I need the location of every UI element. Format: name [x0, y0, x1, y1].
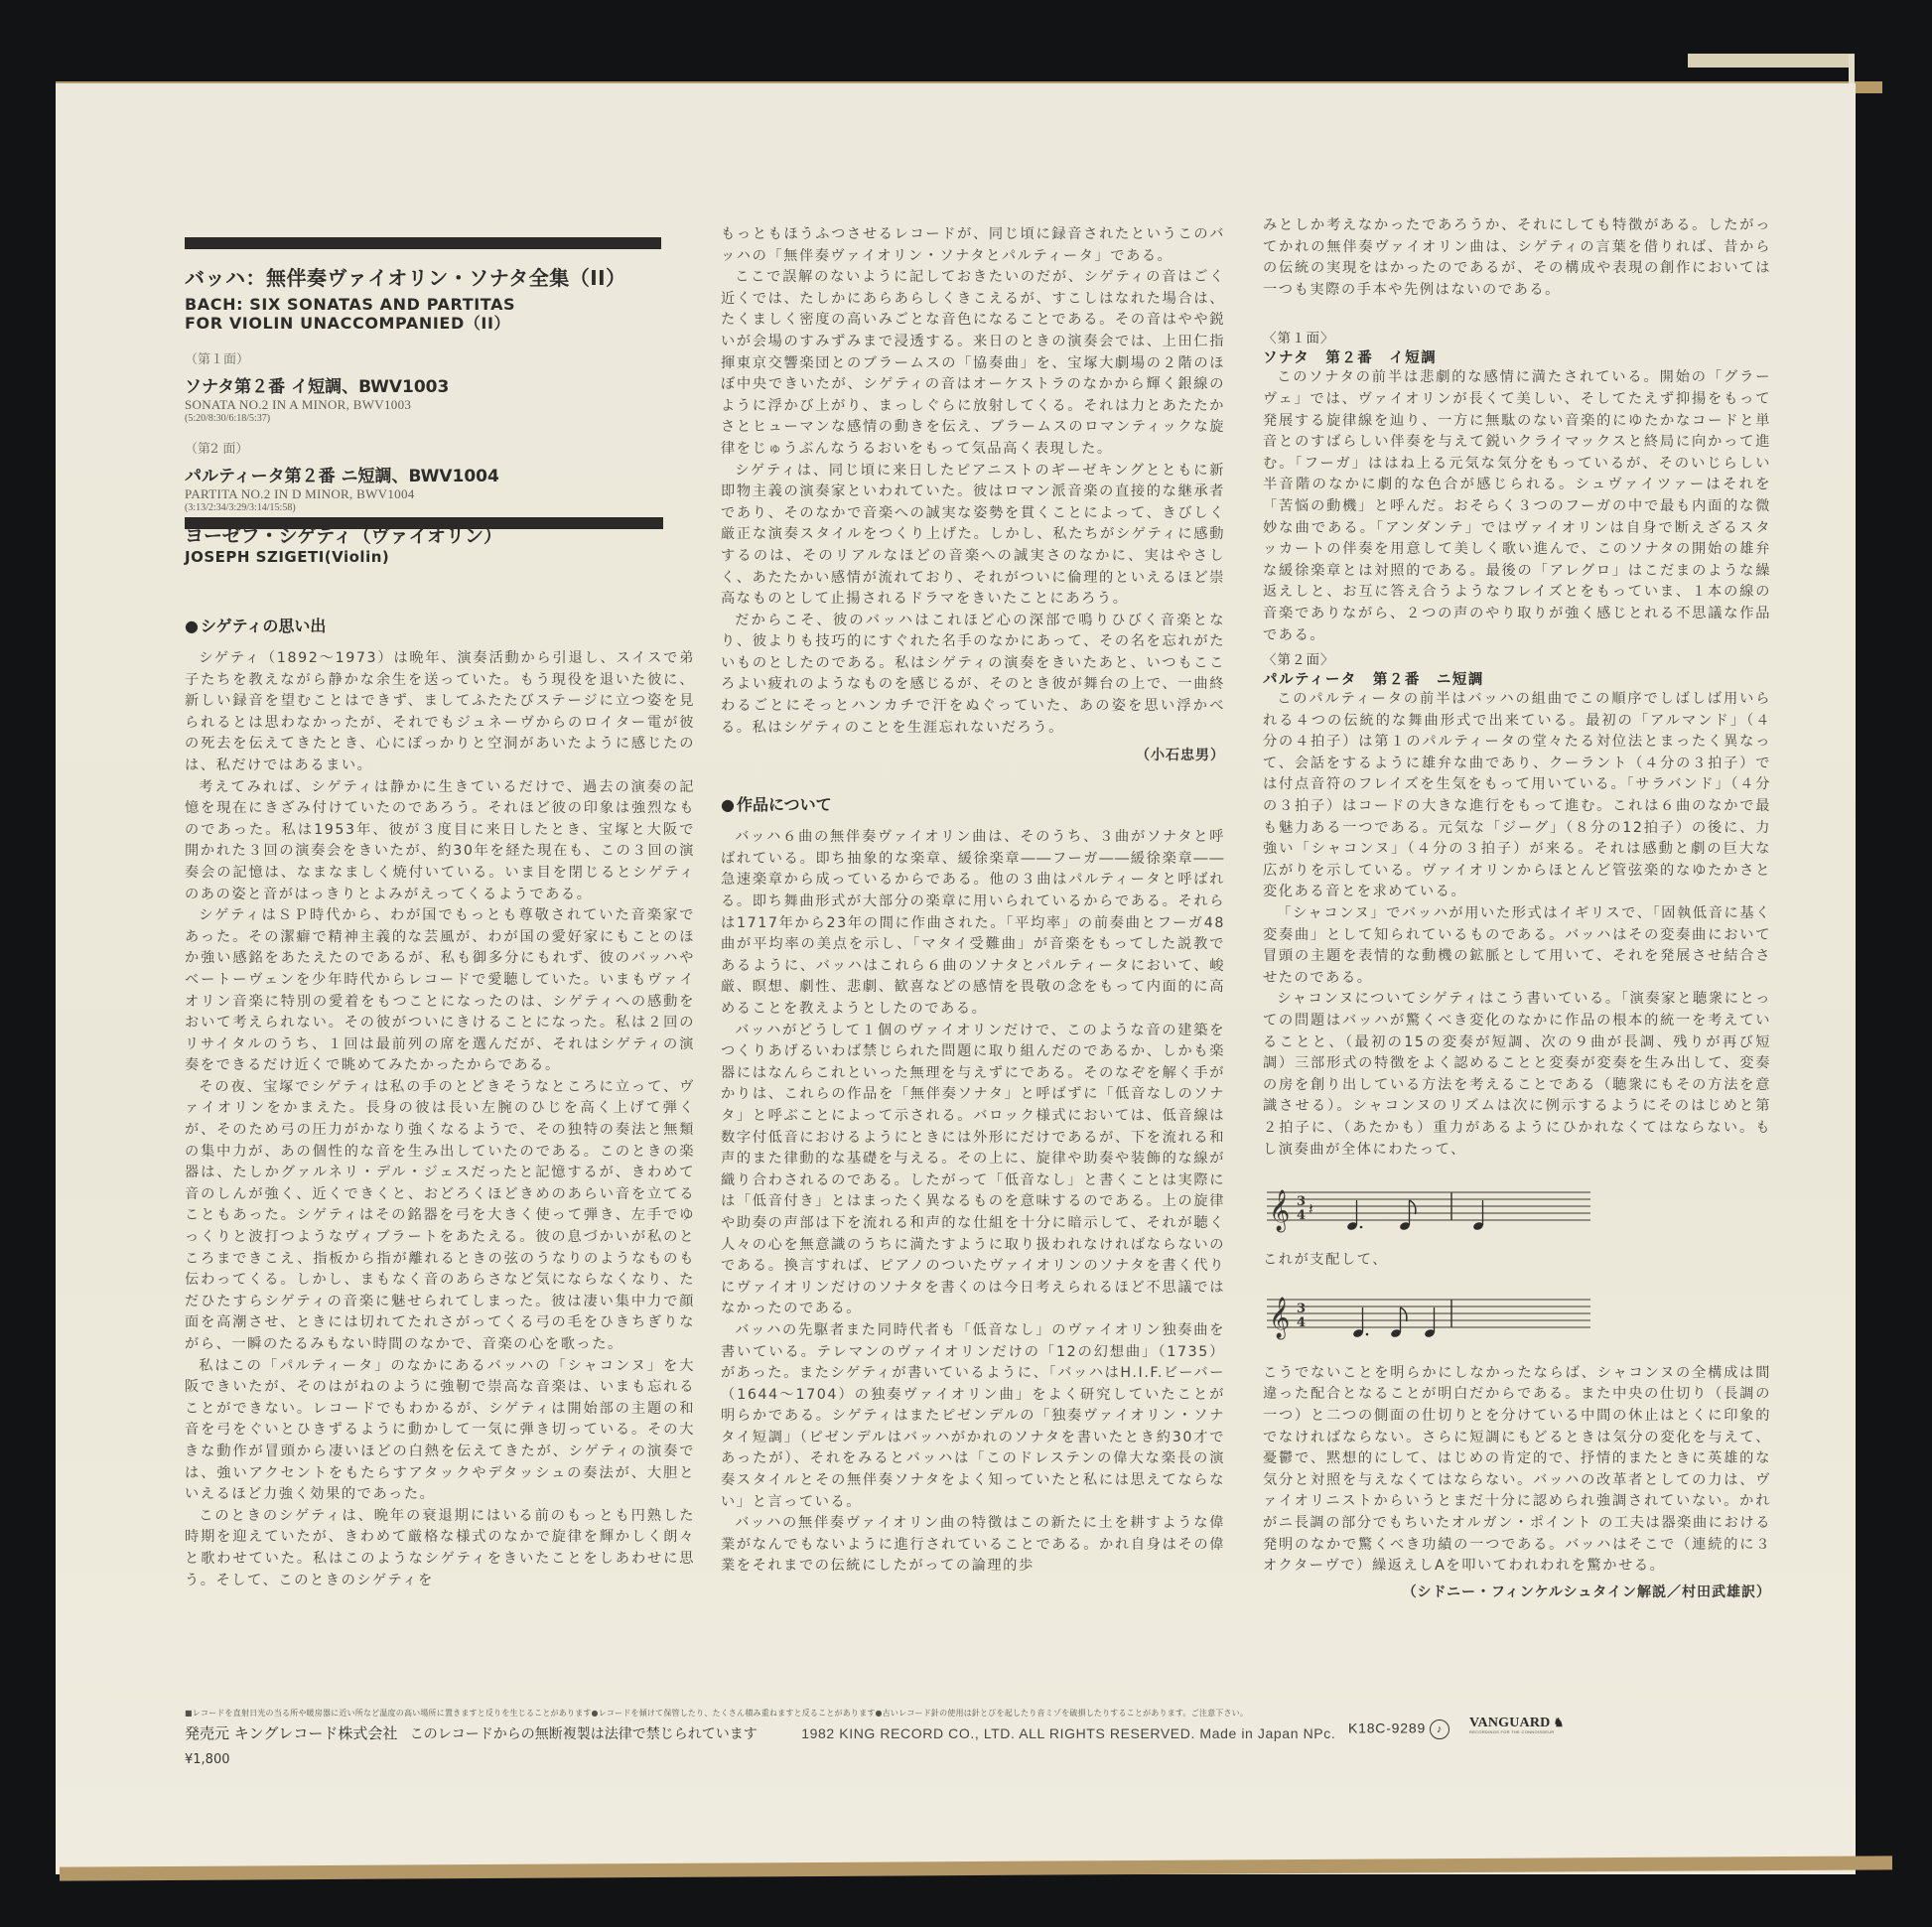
works-paragraph: みとしか考えなかったであろうか、それにしても特徴がある。したがってかれの無伴奏ヴ…: [1263, 215, 1771, 301]
notes-between-examples: これが支配して、: [1263, 1250, 1771, 1272]
memoir-paragraph: 私はこの「パルティータ」のなかにあるバッハの「シャコンヌ」を大阪できいたが、その…: [185, 1356, 695, 1506]
works-paragraph: バッハの無伴奏ヴァイオリン曲の特徴はこの新たに土を耕すような偉業がなんでもないよ…: [721, 1513, 1225, 1578]
catalog-number: K18C-9289: [1348, 1721, 1426, 1736]
memoir-heading: シゲティの思い出: [185, 614, 695, 636]
memoir-continued: もっともほうふつさせるレコードが、同じ頃に録音されたというこのバッハの「無伴奏ヴ…: [721, 224, 1225, 739]
notes-paragraph: こうでないことを明らかにしなかったならば、シャコンヌの全構成は間違った配合となる…: [1263, 1363, 1771, 1578]
side2-work-jp: パルティータ第２番 ニ短調、BWV1004: [185, 462, 695, 486]
works-body: バッハ６曲の無伴奏ヴァイオリン曲は、そのうち、３曲がソナタと呼ばれている。即ち抽…: [721, 827, 1225, 1578]
notes-paragraph: シャコンヌについてシゲティはこう書いている。「演奏家と聴衆にとっての問題はバッハ…: [1263, 989, 1771, 1161]
memoir-paragraph: だからこそ、彼のバッハはこれほど心の深部で鳴りひびく音楽となり、彼よりも技巧的に…: [721, 611, 1225, 740]
notes-paragraph: 「シャコンヌ」でバッハが用いた形式はイギリスで、「固執低音に基く変奏曲」として知…: [1263, 903, 1771, 989]
works-paragraph: バッハ６曲の無伴奏ヴァイオリン曲は、そのうち、３曲がソナタと呼ばれている。即ち抽…: [721, 827, 1225, 1020]
memoir-section: シゲティの思い出 シゲティ（1892～1973）は晩年、演奏活動から引退し、スイ…: [185, 614, 695, 1591]
header-rule-bottom: [185, 517, 663, 529]
album-title-en-line1: BACH: SIX SONATAS AND PARTITAS: [185, 295, 695, 314]
side1-work-en: SONATA NO.2 IN A MINOR, BWV1003: [185, 397, 695, 413]
notes-side2-body: このパルティータの前半はバッハの組曲でこの順序でしばしば用いられる４つの伝統的な…: [1263, 689, 1771, 1161]
notes-side1-label: 〈第１面〉: [1263, 327, 1771, 346]
svg-text:4: 4: [1297, 1208, 1306, 1223]
memoir-paragraph: シゲティ（1892～1973）は晩年、演奏活動から引退し、スイスで弟子たちを教え…: [185, 648, 695, 777]
notes-side1-body: このソナタの前半は悲劇的な感情に満たされている。開始の「グラーヴェ」では、ヴァイ…: [1263, 367, 1771, 646]
memoir-body: シゲティ（1892～1973）は晩年、演奏活動から引退し、スイスで弟子たちを教え…: [185, 648, 695, 1591]
music-staff-icon: 𝄞 3 4: [1263, 1286, 1590, 1347]
jacket-spine-corner: [1688, 54, 1855, 68]
stereo-mark-icon: ♪: [1430, 1720, 1449, 1739]
notes-side1-title: ソナタ 第２番 イ短調: [1263, 346, 1771, 367]
music-staff-icon: 𝄞 3 4 𝄽: [1263, 1178, 1590, 1240]
artist-en: JOSEPH SZIGETI(Violin): [185, 548, 695, 566]
works-signature: （シドニー・フィンケルシュタイン解説／村田武雄訳）: [1263, 1582, 1771, 1601]
label-name: VANGUARD: [1469, 1716, 1550, 1730]
svg-text:3: 3: [1297, 1194, 1306, 1209]
label-tagline: RECORDINGS FOR THE CONNOISSEUR: [1469, 1729, 1564, 1734]
notes-paragraph: このパルティータの前半はバッハの組曲でこの順序でしばしば用いられる４つの伝統的な…: [1263, 689, 1771, 903]
music-example-2: 𝄞 3 4: [1263, 1286, 1581, 1345]
works-paragraph: バッハがどうして１個のヴァイオリンだけで、このような音の建築をつくりあげるいわば…: [721, 1021, 1225, 1320]
memoir-paragraph: シゲティはＳＰ時代から、わが国でもっとも尊敬されていた音楽家であった。その潔癖で…: [185, 905, 695, 1077]
album-title-en-line2: FOR VIOLIN UNACCOMPANIED（II）: [185, 314, 695, 333]
notes-after-examples: こうでないことを明らかにしなかったならば、シャコンヌの全構成は間違った配合となる…: [1263, 1363, 1771, 1578]
album-title-jp: バッハ：無伴奏ヴァイオリン・ソナタ全集（II）: [185, 262, 695, 291]
side2-work-en: PARTITA NO.2 IN D MINOR, BWV1004: [185, 486, 695, 502]
svg-text:4: 4: [1297, 1315, 1306, 1330]
notes-side2-title: パルティータ 第２番 ニ短調: [1263, 668, 1771, 689]
memoir-paragraph: その夜、宝塚でシゲティは私の手のとどきそうなところに立って、ヴァイオリンをかまえ…: [185, 1077, 695, 1356]
header-rule-top: [185, 237, 661, 249]
memoir-paragraph: もっともほうふつさせるレコードが、同じ頃に録音されたというこのバッハの「無伴奏ヴ…: [721, 224, 1225, 267]
care-note: ■レコードを直射日光の当る所や暖房器に近い所など温度の高い場所に置きますと反りを…: [185, 1708, 1248, 1719]
side2-times: (3:13/2:34/3:29/3:14/15:58): [185, 502, 695, 513]
vanguard-logo: VANGUARD♞ RECORDINGS FOR THE CONNOISSEUR: [1469, 1716, 1564, 1734]
side1-label: （第１面）: [185, 348, 695, 367]
svg-text:𝄞: 𝄞: [1269, 1189, 1290, 1232]
side1-times: (5:20/8:30/6:18/5:37): [185, 413, 695, 424]
memoir-paragraph: ここで誤解のないように記しておきたいのだが、シゲティの音はごく近くでは、たしかに…: [721, 267, 1225, 460]
notes-paragraph: これが支配して、: [1263, 1250, 1771, 1272]
music-example-1: 𝄞 3 4 𝄽: [1263, 1178, 1581, 1238]
memoir-paragraph: シゲティは、同じ頃に来日したピアニストのギーゼキングとともに新即物主義の演奏家と…: [721, 461, 1225, 611]
svg-text:𝄽: 𝄽: [1309, 1199, 1313, 1218]
catalog-number-block: K18C-9289♪: [1348, 1720, 1449, 1739]
footer-line: 発売元 キングレコード株式会社 このレコードからの無断複製は法律で禁じられていま…: [185, 1722, 1335, 1743]
works-paragraph: バッハの先駆者また同時代者も「低音なし」のヴァイオリン独奏曲を書いている。テレマ…: [721, 1320, 1225, 1513]
column-2: もっともほうふつさせるレコードが、同じ頃に録音されたというこのバッハの「無伴奏ヴ…: [721, 224, 1225, 1578]
memoir-signature: （小石忠男）: [721, 745, 1225, 764]
publisher: 発売元 キングレコード株式会社: [185, 1724, 397, 1742]
side2-label: （第2 面）: [185, 438, 695, 457]
memoir-paragraph: 考えてみれば、シゲティは静かに生きているだけで、過去の演奏の記憶を現在にきざみ付…: [185, 777, 695, 906]
works-heading: 作品について: [721, 792, 1225, 815]
copy-notice: このレコードからの無断複製は法律で禁じられています: [410, 1726, 758, 1742]
notes-side2-label: 〈第２面〉: [1263, 648, 1771, 668]
side1-work-jp: ソナタ第２番 イ短調、BWV1003: [185, 372, 695, 397]
svg-text:3: 3: [1297, 1302, 1306, 1316]
notes-paragraph: このソナタの前半は悲劇的な感情に満たされている。開始の「グラーヴェ」では、ヴァイ…: [1263, 367, 1771, 646]
rights-notice: 1982 KING RECORD CO., LTD. ALL RIGHTS RE…: [801, 1725, 1335, 1741]
price: ¥1,800: [185, 1752, 230, 1767]
memoir-paragraph: このときのシゲティは、晩年の衰退期にはいる前のもっとも円熟した時期を迎えていたが…: [185, 1506, 695, 1591]
works-continued: みとしか考えなかったであろうか、それにしても特徴がある。したがってかれの無伴奏ヴ…: [1263, 215, 1771, 301]
column-3: みとしか考えなかったであろうか、それにしても特徴がある。したがってかれの無伴奏ヴ…: [1263, 215, 1771, 1601]
horseman-icon: ♞: [1553, 1716, 1564, 1729]
svg-text:𝄞: 𝄞: [1269, 1297, 1290, 1339]
